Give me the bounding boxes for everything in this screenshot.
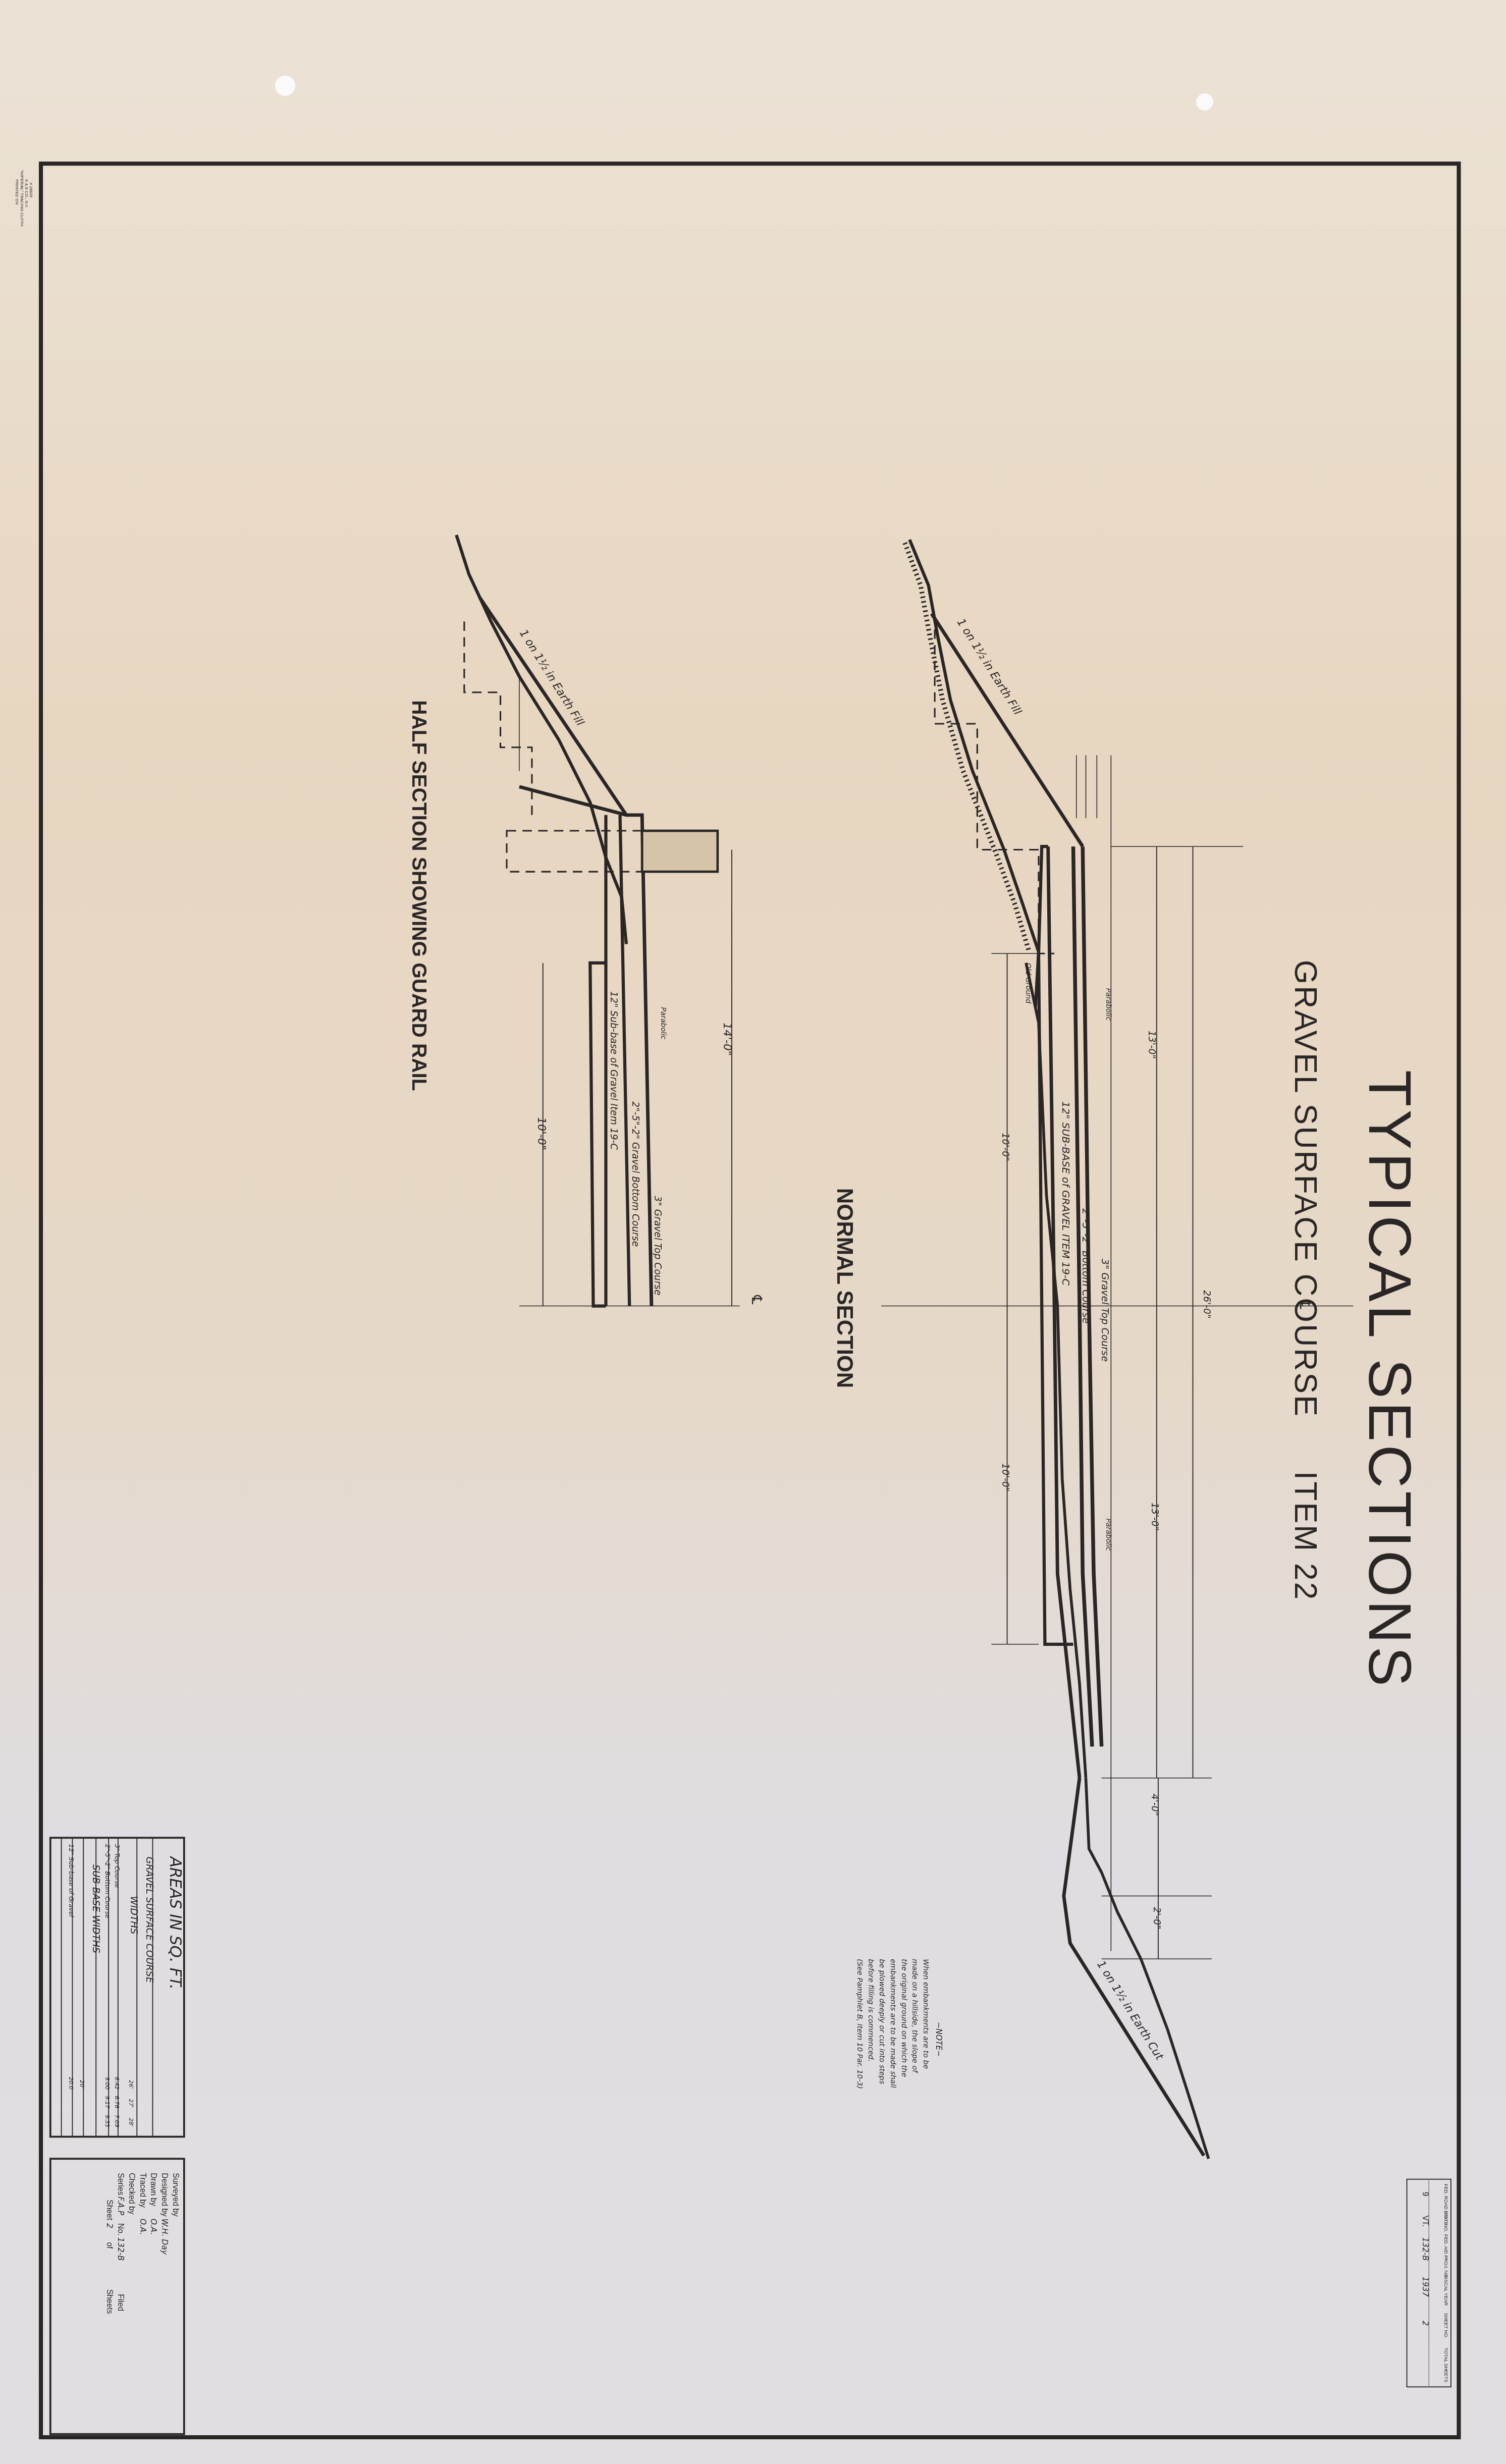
svg-text:When embankments are to be: When embankments are to be [922,1959,930,2069]
svg-text:26': 26' [128,2080,134,2088]
half-section-label: HALF SECTION SHOWING GUARD RAIL [408,700,431,1091]
parabolic-right-label: Parabolic [1104,1518,1112,1551]
svg-text:O.A.: O.A. [138,2219,147,2235]
svg-text:132-B: 132-B [1421,2237,1430,2261]
half-subbase-label: 12" Sub-base of Gravel Item 19-C [608,991,619,1150]
cut-slope-label: 1 on 1½ in Earth Cut [1094,1959,1166,2063]
svg-text:VT.: VT. [1421,2215,1429,2227]
half-section-drawing [456,535,739,1306]
normal-section-drawing [881,540,1353,2159]
svg-text:2"-5"-2" Bottom Course: 2"-5"-2" Bottom Course [104,1844,112,1919]
svg-text:TOTAL SHEETS: TOTAL SHEETS [1443,2347,1448,2382]
svg-text:Series: Series [116,2173,125,2195]
svg-text:SUB-BASE WIDTHS: SUB-BASE WIDTHS [90,1864,101,1953]
normal-section-labels: NORMAL SECTION 1 on 1½ in Earth Fill 1 o… [832,616,1313,2088]
svg-text:Drawn by: Drawn by [149,2173,157,2206]
svg-text:# 28829: # 28829 [29,183,33,198]
svg-text:Traced by: Traced by [138,2173,147,2208]
svg-text:28': 28' [128,2118,134,2126]
svg-text:2: 2 [1421,2321,1430,2326]
svg-text:9.00: 9.00 [104,2077,111,2090]
svg-text:Checked by: Checked by [127,2173,136,2214]
sheet-title-block: TYPICAL SECTIONS GRAVEL SURFACE COURSE I… [1288,960,1423,1690]
normal-section-label: NORMAL SECTION [832,1188,857,1388]
dim-shoulder: 4'-0" [1149,1794,1160,1816]
dim-subbase-right: 10'-0" [1000,1463,1010,1491]
svg-text:~NOTE~: ~NOTE~ [934,2022,943,2057]
dim-ditch: 2'-0" [1151,1907,1162,1929]
dim-left-half: 13'-0" [1146,1031,1157,1059]
half-section-labels: HALF SECTION SHOWING GUARD RAIL 1 on 1½ … [408,627,766,1306]
svg-text:Designed by: Designed by [160,2173,169,2217]
svg-text:Sheets: Sheets [105,2289,114,2314]
half-top-course-label: 3" Gravel Top Course [652,1196,663,1295]
svg-text:before filling is commenced.: before filling is commenced. [867,1959,875,2062]
svg-text:embankments are to be made sha: embankments are to be made shall [889,1959,897,2087]
svg-text:9.33: 9.33 [104,2115,111,2127]
svg-text:SHEET NO.: SHEET NO. [1443,2313,1448,2338]
svg-text:Surveyed by: Surveyed by [171,2173,180,2217]
svg-text:132-B: 132-B [116,2237,125,2261]
svg-text:the original ground on which t: the original ground on which the [900,1959,908,2077]
sheet-item: ITEM 22 [1288,1471,1323,1601]
svg-text:Filed: Filed [116,2294,125,2311]
sheet-title: TYPICAL SECTIONS [1356,1070,1423,1690]
svg-text:be plowed deeply or cut into s: be plowed deeply or cut into steps [878,1959,886,2084]
svg-text:6.42: 6.42 [114,2077,120,2090]
dim-total: 26'-0" [1201,1290,1212,1318]
half-parabolic-label: Parabolic [659,1007,667,1040]
bottom-course-label: 2"-5"-2" Bottom Course [1080,1208,1092,1323]
svg-text:1937: 1937 [1421,2277,1430,2297]
svg-text:made on a hillside, the slope: made on a hillside, the slope of [910,1959,919,2073]
half-dim-width: 14'-0" [721,1023,733,1056]
svg-text:7.09: 7.09 [114,2115,120,2127]
subbase-label: 12" SUB-BASE of GRAVEL ITEM 19-C [1060,1101,1072,1286]
svg-text:20': 20' [79,2080,85,2088]
svg-text:PRINTED ON: PRINTED ON [15,179,19,204]
half-dim-subbase: 10'-0" [535,1117,548,1150]
drawing-sheet: PRINTED ON "IMPERIAL" TRACING CLOTH K & … [0,0,1506,2464]
svg-text:of: of [105,2242,114,2249]
svg-text:Sheet: Sheet [105,2200,114,2220]
half-centerline-symbol: ℄ [748,1294,765,1306]
dim-subbase-left: 10'-0" [1000,1133,1010,1161]
svg-text:No.: No. [116,2223,125,2235]
svg-text:12" Sub-base of Gravel: 12" Sub-base of Gravel [68,1844,75,1917]
svg-text:20.0: 20.0 [68,2077,74,2090]
svg-text:AREAS IN SQ. FT.: AREAS IN SQ. FT. [166,1856,184,1990]
svg-text:STATE: STATE [1443,2211,1448,2225]
svg-text:W.H. Day: W.H. Day [160,2219,169,2255]
svg-text:3" Top Course: 3" Top Course [114,1844,121,1888]
svg-text:6.76: 6.76 [114,2096,120,2109]
svg-text:WIDTHS: WIDTHS [128,1896,139,1935]
sheet-subtitle: GRAVEL SURFACE COURSE [1288,960,1323,1418]
half-bottom-course-label: 2"-5"-2" Gravel Bottom Course [630,1101,640,1247]
top-course-label: 3" Gravel Top Course [1099,1259,1111,1362]
svg-text:GRAVEL SURFACE COURSE: GRAVEL SURFACE COURSE [144,1857,154,1983]
svg-text:"IMPERIAL" TRACING CLOTH: "IMPERIAL" TRACING CLOTH [20,170,24,227]
half-fill-slope-label: 1 on 1½ in Earth Fill [517,627,586,728]
centerline-symbol: ℄ [1297,1298,1313,1311]
embankment-note: ~NOTE~ When embankments are to be made o… [855,1959,943,2088]
svg-text:FED. AID PROJ. NO.: FED. AID PROJ. NO. [1443,2234,1448,2279]
svg-text:FISCAL YEAR: FISCAL YEAR [1443,2275,1448,2306]
title-block: Surveyed by Designed by W.H. Day Drawn b… [50,2159,184,2434]
svg-text:O.A.: O.A. [149,2219,158,2235]
svg-text:9: 9 [1421,2192,1429,2197]
project-box: FED. ROAD DIST. NO. STATE FED. AID PROJ.… [1407,2179,1451,2387]
svg-text:27': 27' [128,2099,134,2108]
areas-table: AREAS IN SQ. FT. GRAVEL SURFACE COURSE W… [50,1838,184,2136]
dim-right-half: 13'-0" [1149,1503,1160,1531]
svg-text:9.17: 9.17 [104,2096,111,2109]
svg-text:K & E CO., N.Y.: K & E CO., N.Y. [24,179,29,208]
old-ground-label: Old Ground [1024,963,1032,1003]
parabolic-left-label: Parabolic [1104,988,1112,1021]
svg-text:F.A.P: F.A.P [116,2197,125,2216]
svg-text:(See Pamphlet B, Item 10 Par.: (See Pamphlet B, Item 10 Par. 10-3) [855,1959,864,2088]
svg-text:2: 2 [105,2223,114,2228]
paper-stamp: PRINTED ON "IMPERIAL" TRACING CLOTH K & … [15,170,33,227]
